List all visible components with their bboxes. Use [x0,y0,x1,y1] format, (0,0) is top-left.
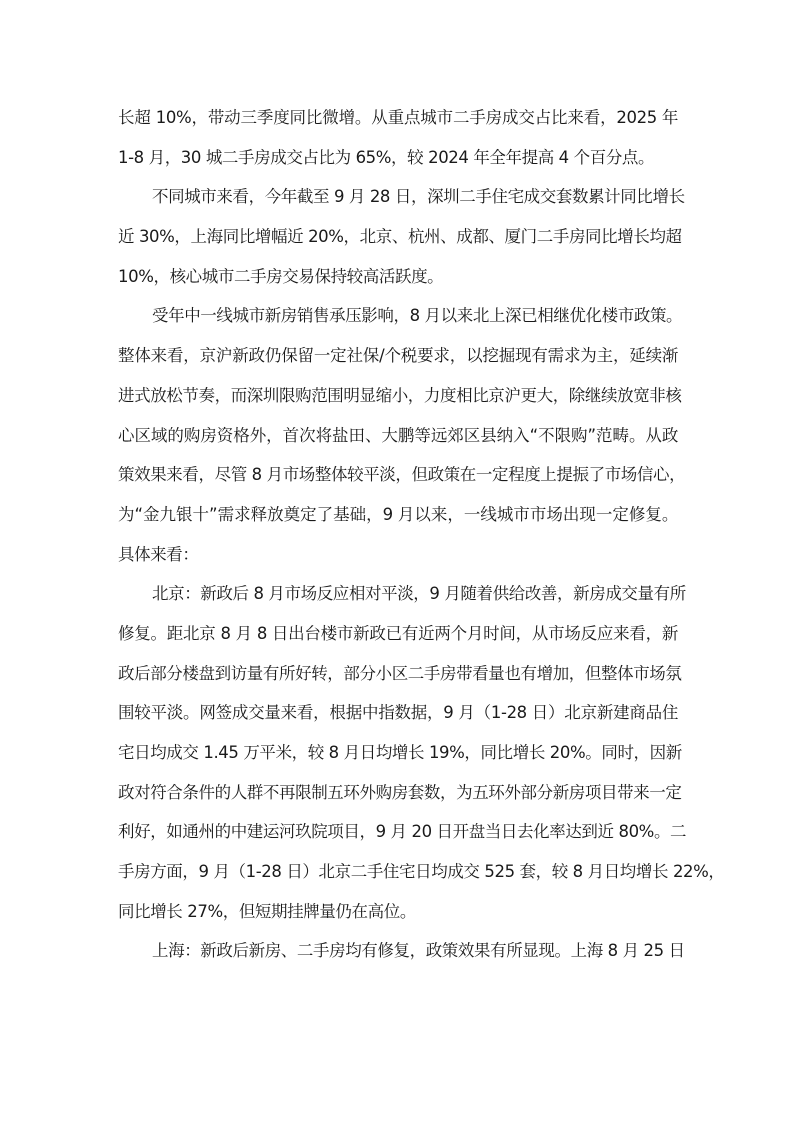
text-line: 宅日均成交 1.45 万平米，较 8 月日均增长 19%，同比增长 20%。同时… [118,739,678,779]
text-line: 政后部分楼盘到访量有所好转，部分小区二手房带看量也有增加，但整体市场氛 [118,660,678,700]
text-line: 10%，核心城市二手房交易保持较高活跃度。 [118,263,678,303]
text-line: 政对符合条件的人群不再限制五环外购房套数，为五环外部分新房项目带来一定 [118,779,678,819]
text-line: 心区域的购房资格外，首次将盐田、大鹏等远郊区县纳入“不限购”范畴。从政 [118,422,678,462]
paragraph-policy-overview: 受年中一线城市新房销售承压影响，8 月以来北上深已相继优化楼市政策。 整体来看，… [118,302,678,580]
paragraph-beijing: 北京：新政后 8 月市场反应相对平淡，9 月随着供给改善，新房成交量有所 修复。… [118,580,678,937]
document-page: 长超 10%，带动三季度同比微增。从重点城市二手房成交占比来看，2025 年 1… [118,104,678,977]
text-line: 具体来看： [118,541,678,581]
text-line: 近 30%，上海同比增幅近 20%，北京、杭州、成都、厦门二手房同比增长均超 [118,223,678,263]
text-line: 同比增长 27%，但短期挂牌量仍在高位。 [118,898,678,938]
text-line: 为“金九银十”需求释放奠定了基础，9 月以来，一线城市市场出现一定修复。 [118,501,678,541]
text-line: 受年中一线城市新房销售承压影响，8 月以来北上深已相继优化楼市政策。 [118,302,678,342]
text-line: 上海：新政后新房、二手房均有修复，政策效果有所显现。上海 8 月 25 日 [118,937,678,977]
paragraph-shanghai: 上海：新政后新房、二手房均有修复，政策效果有所显现。上海 8 月 25 日 [118,937,678,977]
text-line: 围较平淡。网签成交量来看，根据中指数据，9 月（1-28 日）北京新建商品住 [118,699,678,739]
text-line: 不同城市来看，今年截至 9 月 28 日，深圳二手住宅成交套数累计同比增长 [118,183,678,223]
text-line: 手房方面，9 月（1-28 日）北京二手住宅日均成交 525 套，较 8 月日均… [118,858,678,898]
text-line: 整体来看，京沪新政仍保留一定社保/个税要求，以挖掘现有需求为主，延续渐 [118,342,678,382]
text-line: 修复。距北京 8 月 8 日出台楼市新政已有近两个月时间，从市场反应来看，新 [118,620,678,660]
text-line: 1-8 月，30 城二手房成交占比为 65%，较 2024 年全年提高 4 个百… [118,144,678,184]
text-line: 策效果来看，尽管 8 月市场整体较平淡，但政策在一定程度上提振了市场信心， [118,461,678,501]
text-line: 利好，如通州的中建运河玖院项目，9 月 20 日开盘当日去化率达到近 80%。二 [118,818,678,858]
paragraph-continuation: 长超 10%，带动三季度同比微增。从重点城市二手房成交占比来看，2025 年 1… [118,104,678,183]
text-line: 进式放松节奏，而深圳限购范围明显缩小，力度相比京沪更大，除继续放宽非核 [118,382,678,422]
paragraph-city-comparison: 不同城市来看，今年截至 9 月 28 日，深圳二手住宅成交套数累计同比增长 近 … [118,183,678,302]
text-line: 长超 10%，带动三季度同比微增。从重点城市二手房成交占比来看，2025 年 [118,104,678,144]
text-line: 北京：新政后 8 月市场反应相对平淡，9 月随着供给改善，新房成交量有所 [118,580,678,620]
